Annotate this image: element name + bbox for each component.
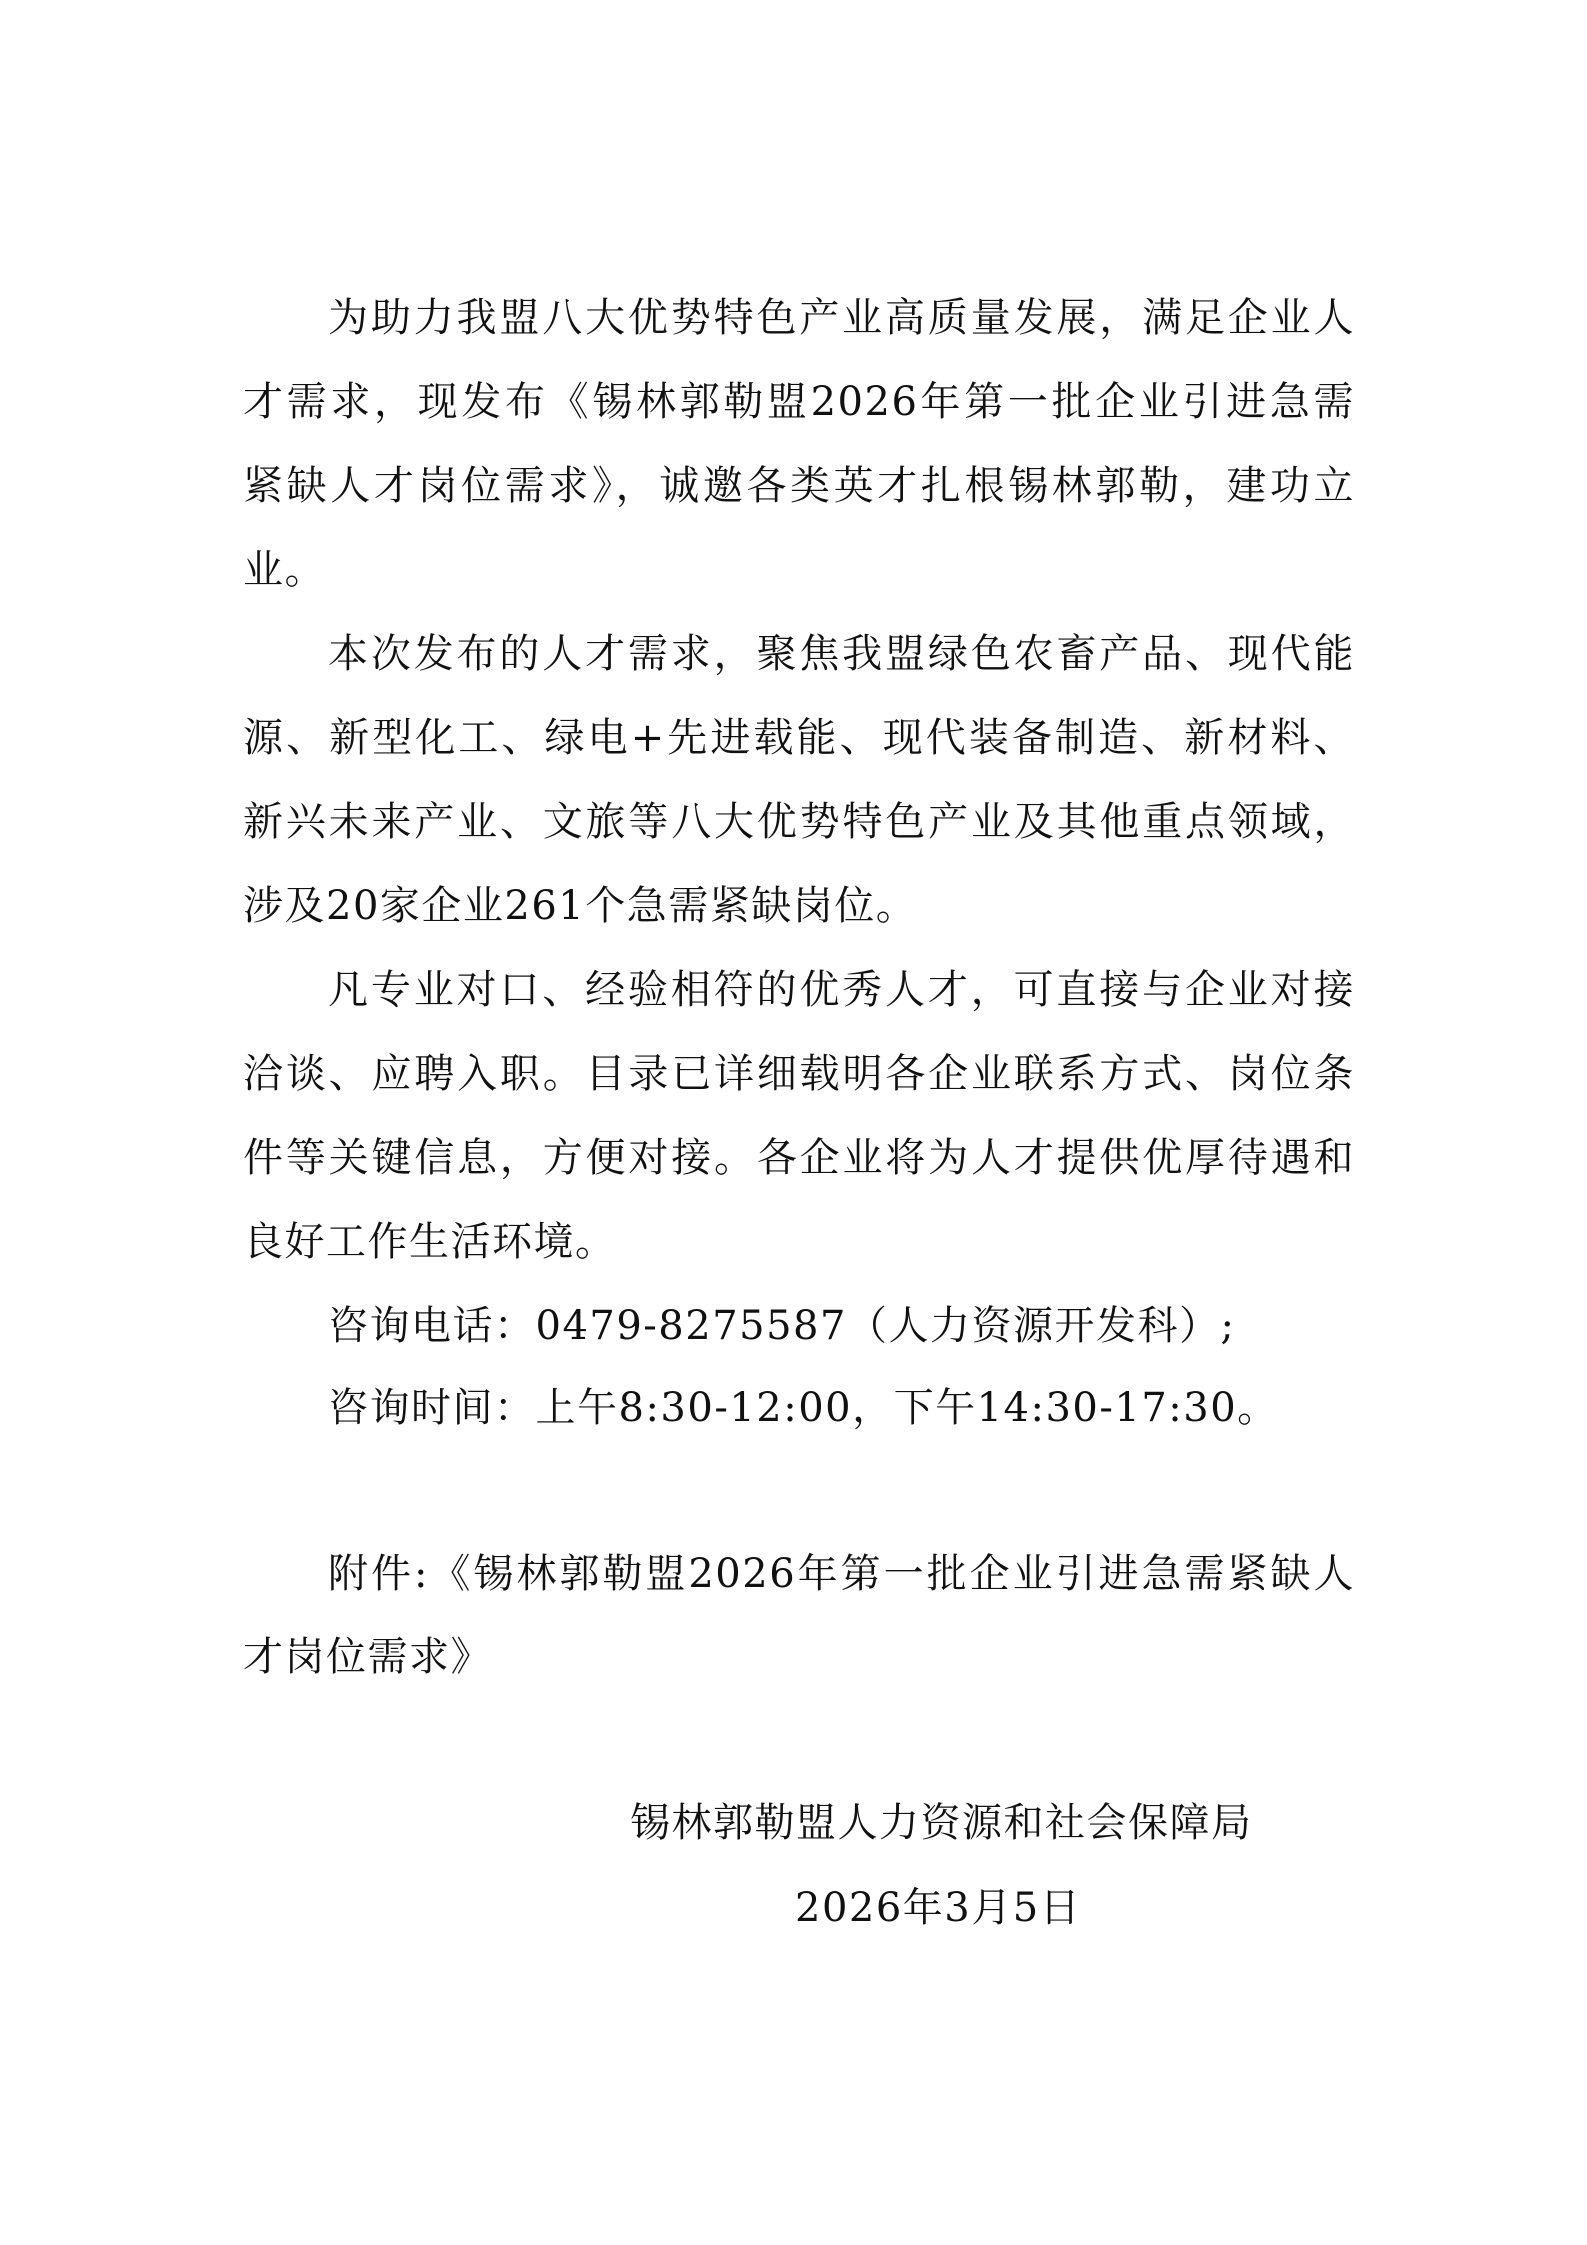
- attachment-line-2: 才岗位需求》: [243, 1627, 1355, 1687]
- paragraph-guidance-line-1: 凡专业对口、经验相符的优秀人才，可直接与企业对接: [328, 960, 1355, 1020]
- paragraph-scope-line-2: 源、新型化工、绿电+先进载能、现代装备制造、新材料、: [243, 708, 1355, 768]
- paragraph-guidance-line-3: 件等关键信息，方便对接。各企业将为人才提供优厚待遇和: [243, 1128, 1355, 1188]
- signature-organization: 锡林郭勒盟人力资源和社会保障局: [630, 1793, 1253, 1853]
- paragraph-scope-line-3: 新兴未来产业、文旅等八大优势特色产业及其他重点领域，: [243, 792, 1355, 852]
- signature-date: 2026年3月5日: [795, 1878, 1081, 1938]
- paragraph-guidance-line-2: 洽谈、应聘入职。目录已详细载明各企业联系方式、岗位条: [243, 1044, 1355, 1104]
- paragraph-scope-line-4: 涉及20家企业261个急需紧缺岗位。: [243, 876, 1355, 936]
- paragraph-intro-line-1: 为助力我盟八大优势特色产业高质量发展，满足企业人: [328, 288, 1355, 348]
- contact-hours: 咨询时间：上午8:30-12:00，下午14:30-17:30。: [328, 1378, 1355, 1438]
- document-page: 为助力我盟八大优势特色产业高质量发展，满足企业人 才需求，现发布《锡林郭勒盟20…: [0, 0, 1587, 2245]
- paragraph-guidance-line-4: 良好工作生活环境。: [243, 1212, 1355, 1272]
- paragraph-intro-line-3: 紧缺人才岗位需求》，诚邀各类英才扎根锡林郭勒，建功立: [243, 456, 1355, 516]
- paragraph-intro-line-2: 才需求，现发布《锡林郭勒盟2026年第一批企业引进急需: [243, 372, 1355, 432]
- contact-phone: 咨询电话：0479-8275587（人力资源开发科）;: [328, 1296, 1355, 1356]
- attachment-line-1: 附件:《锡林郭勒盟2026年第一批企业引进急需紧缺人: [328, 1544, 1355, 1604]
- paragraph-scope-line-1: 本次发布的人才需求，聚焦我盟绿色农畜产品、现代能: [328, 624, 1355, 684]
- paragraph-intro-line-4: 业。: [243, 540, 1355, 600]
